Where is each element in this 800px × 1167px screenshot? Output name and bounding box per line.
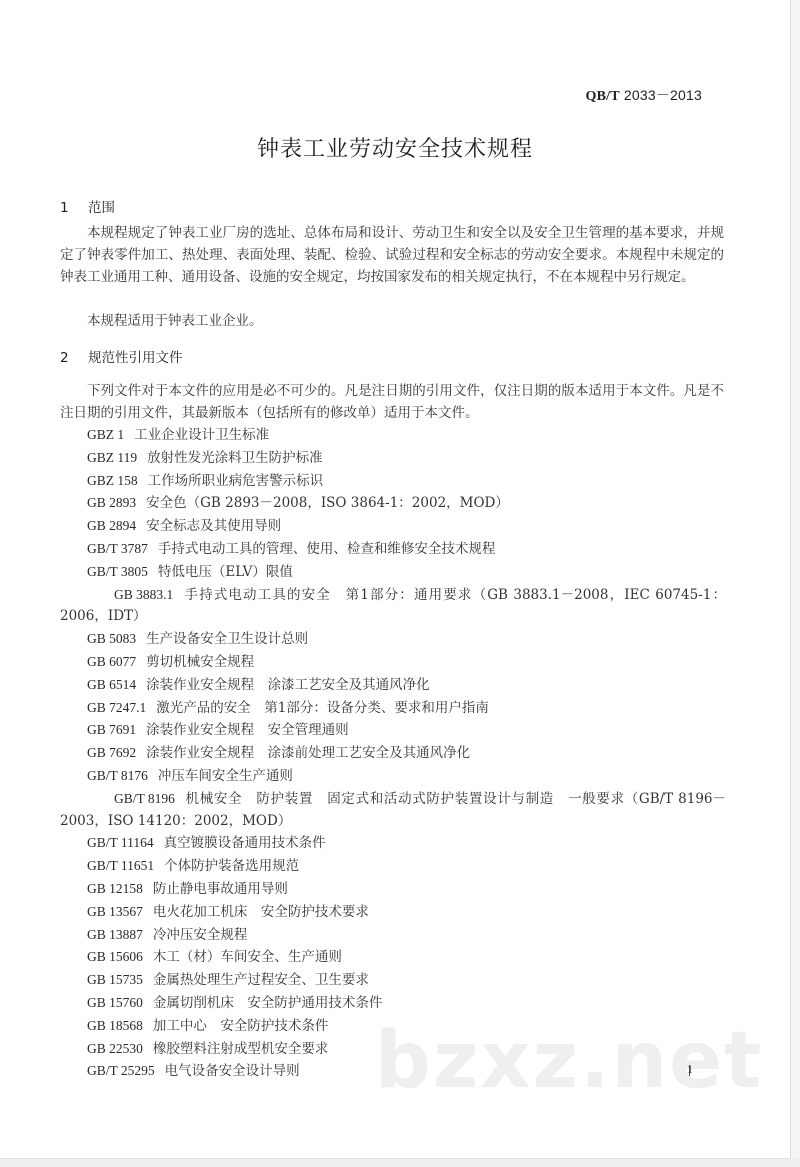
reference-item: GB 15735金属热处理生产过程安全、卫生要求 bbox=[60, 969, 726, 992]
reference-title: 木工（材）车间安全、生产通则 bbox=[153, 949, 342, 965]
reference-item: GB 13887冷冲压安全规程 bbox=[60, 924, 726, 947]
reference-item: GB 15760金属切削机床 安全防护通用技术条件 bbox=[60, 992, 726, 1015]
watermark: bzxz.net bbox=[375, 1022, 763, 1100]
reference-code: GB 15760 bbox=[87, 992, 143, 1014]
section-title: 范围 bbox=[88, 200, 115, 216]
reference-title: 个体防护装备选用规范 bbox=[164, 858, 299, 874]
reference-code: GB/T 25295 bbox=[87, 1060, 155, 1082]
reference-code: GB/T 3805 bbox=[87, 561, 148, 583]
reference-title: 橡胶塑料注射成型机安全要求 bbox=[153, 1041, 329, 1057]
reference-item: GB 7691涂装作业安全规程 安全管理通则 bbox=[60, 719, 726, 742]
standard-code: QB/T 2033－2013 bbox=[586, 85, 702, 105]
reference-code: GB 7691 bbox=[87, 719, 136, 741]
reference-item: GB 6514涂装作业安全规程 涂漆工艺安全及其通风净化 bbox=[60, 674, 726, 697]
reference-title: 涂装作业安全规程 涂漆前处理工艺安全及其通风净化 bbox=[146, 745, 470, 761]
reference-item: GB 7692涂装作业安全规程 涂漆前处理工艺安全及其通风净化 bbox=[60, 742, 726, 765]
reference-title: 激光产品的安全 第1部分：设备分类、要求和用户指南 bbox=[156, 700, 489, 716]
reference-item: GB/T 3805特低电压（ELV）限值 bbox=[60, 561, 726, 584]
reference-code: GB 13887 bbox=[87, 924, 143, 946]
reference-item: GB 15606木工（材）车间安全、生产通则 bbox=[60, 946, 726, 969]
reference-code: GB 13567 bbox=[87, 901, 143, 923]
reference-title: 加工中心 安全防护技术条件 bbox=[153, 1018, 329, 1034]
standard-prefix: QB/T bbox=[586, 89, 620, 104]
reference-item: GB 5083生产设备安全卫生设计总则 bbox=[60, 628, 726, 651]
section-title: 规范性引用文件 bbox=[88, 350, 183, 366]
reference-code: GB 2893 bbox=[87, 492, 136, 514]
reference-code: GB 5083 bbox=[87, 628, 136, 650]
reference-title: 工业企业设计卫生标准 bbox=[134, 427, 269, 443]
reference-title: 电气设备安全设计导则 bbox=[165, 1063, 300, 1079]
reference-title: 安全色（GB 2893－2008，ISO 3864-1：2002，MOD） bbox=[146, 495, 509, 511]
reference-item: GB/T 3787手持式电动工具的管理、使用、检查和维修安全技术规程 bbox=[60, 538, 726, 561]
reference-code: GB/T 3787 bbox=[87, 538, 148, 560]
section-1-paragraph-1: 本规程规定了钟表工业厂房的选址、总体布局和设计、劳动卫生和安全以及安全卫生管理的… bbox=[60, 222, 724, 288]
reference-code: GBZ 158 bbox=[87, 470, 138, 492]
reference-title: 放射性发光涂料卫生防护标准 bbox=[147, 450, 323, 466]
reference-title: 冷冲压安全规程 bbox=[153, 927, 248, 943]
reference-code: GB/T 8196 bbox=[87, 788, 175, 810]
reference-title: 金属切削机床 安全防护通用技术条件 bbox=[153, 995, 383, 1011]
reference-title: 特低电压（ELV）限值 bbox=[158, 564, 293, 580]
reference-item: GB/T 11164真空镀膜设备通用技术条件 bbox=[60, 832, 726, 855]
section-2-heading: 2规范性引用文件 bbox=[60, 346, 183, 366]
section-2-paragraph-1: 下列文件对于本文件的应用是必不可少的。凡是注日期的引用文件，仅注日期的版本适用于… bbox=[60, 380, 724, 424]
text-cursor-icon bbox=[689, 1065, 690, 1076]
reference-code: GB 15735 bbox=[87, 969, 143, 991]
section-number: 2 bbox=[60, 350, 88, 366]
reference-item: GB/T 8196机械安全 防护装置 固定式和活动式防护装置设计与制造 一般要求… bbox=[60, 788, 726, 833]
reference-item: GB/T 11651个体防护装备选用规范 bbox=[60, 855, 726, 878]
reference-code: GB 6077 bbox=[87, 651, 136, 673]
reference-item: GB/T 8176冲压车间安全生产通则 bbox=[60, 765, 726, 788]
section-number: 1 bbox=[60, 200, 88, 216]
document-page: QB/T 2033－2013 钟表工业劳动安全技术规程 1范围 本规程规定了钟表… bbox=[0, 0, 791, 1159]
reference-title: 真空镀膜设备通用技术条件 bbox=[164, 835, 326, 851]
reference-code: GB 15606 bbox=[87, 946, 143, 968]
page-number: 1 bbox=[687, 1062, 693, 1077]
reference-item: GB 13567电火花加工机床 安全防护技术要求 bbox=[60, 901, 726, 924]
reference-item: GB 3883.1手持式电动工具的安全 第1部分：通用要求（GB 3883.1－… bbox=[60, 584, 726, 629]
reference-code: GB/T 8176 bbox=[87, 765, 148, 787]
reference-item: GB 2894安全标志及其使用导则 bbox=[60, 515, 726, 538]
reference-title: 冲压车间安全生产通则 bbox=[158, 768, 293, 784]
reference-code: GB 22530 bbox=[87, 1038, 143, 1060]
reference-item: GBZ 1工业企业设计卫生标准 bbox=[60, 424, 726, 447]
reference-code: GB 3883.1 bbox=[87, 584, 173, 606]
reference-code: GB 12158 bbox=[87, 878, 143, 900]
reference-code: GBZ 119 bbox=[87, 447, 137, 469]
document-title: 钟表工业劳动安全技术规程 bbox=[0, 132, 790, 163]
standard-number: 2033－2013 bbox=[624, 87, 702, 103]
reference-code: GB/T 11164 bbox=[87, 832, 154, 854]
viewer-bottom-gutter bbox=[0, 1159, 800, 1167]
reference-title: 涂装作业安全规程 安全管理通则 bbox=[146, 722, 349, 738]
reference-title: 手持式电动工具的管理、使用、检查和维修安全技术规程 bbox=[158, 541, 496, 557]
reference-code: GBZ 1 bbox=[87, 424, 124, 446]
reference-item: GB 7247.1激光产品的安全 第1部分：设备分类、要求和用户指南 bbox=[60, 697, 726, 720]
reference-title: 金属热处理生产过程安全、卫生要求 bbox=[153, 972, 369, 988]
reference-code: GB/T 11651 bbox=[87, 855, 154, 877]
reference-title: 剪切机械安全规程 bbox=[146, 654, 254, 670]
reference-title: 防止静电事故通用导则 bbox=[153, 881, 288, 897]
reference-item: GBZ 158工作场所职业病危害警示标识 bbox=[60, 470, 726, 493]
viewer-right-gutter bbox=[791, 0, 800, 1167]
reference-title: 安全标志及其使用导则 bbox=[146, 518, 281, 534]
reference-title: 电火花加工机床 安全防护技术要求 bbox=[153, 904, 369, 920]
reference-code: GB 7692 bbox=[87, 742, 136, 764]
reference-item: GB 2893安全色（GB 2893－2008，ISO 3864-1：2002，… bbox=[60, 492, 726, 515]
section-1-paragraph-2: 本规程适用于钟表工业企业。 bbox=[60, 310, 724, 332]
reference-item: GB 12158防止静电事故通用导则 bbox=[60, 878, 726, 901]
reference-code: GB 18568 bbox=[87, 1015, 143, 1037]
reference-code: GB 7247.1 bbox=[87, 697, 146, 719]
reference-title: 工作场所职业病危害警示标识 bbox=[148, 473, 324, 489]
section-1-heading: 1范围 bbox=[60, 196, 115, 216]
reference-title: 生产设备安全卫生设计总则 bbox=[146, 631, 308, 647]
reference-item: GBZ 119放射性发光涂料卫生防护标准 bbox=[60, 447, 726, 470]
reference-item: GB 6077剪切机械安全规程 bbox=[60, 651, 726, 674]
reference-code: GB 2894 bbox=[87, 515, 136, 537]
reference-code: GB 6514 bbox=[87, 674, 136, 696]
normative-references-list: GBZ 1工业企业设计卫生标准 GBZ 119放射性发光涂料卫生防护标准 GBZ… bbox=[60, 424, 726, 1083]
reference-title: 涂装作业安全规程 涂漆工艺安全及其通风净化 bbox=[146, 677, 430, 693]
